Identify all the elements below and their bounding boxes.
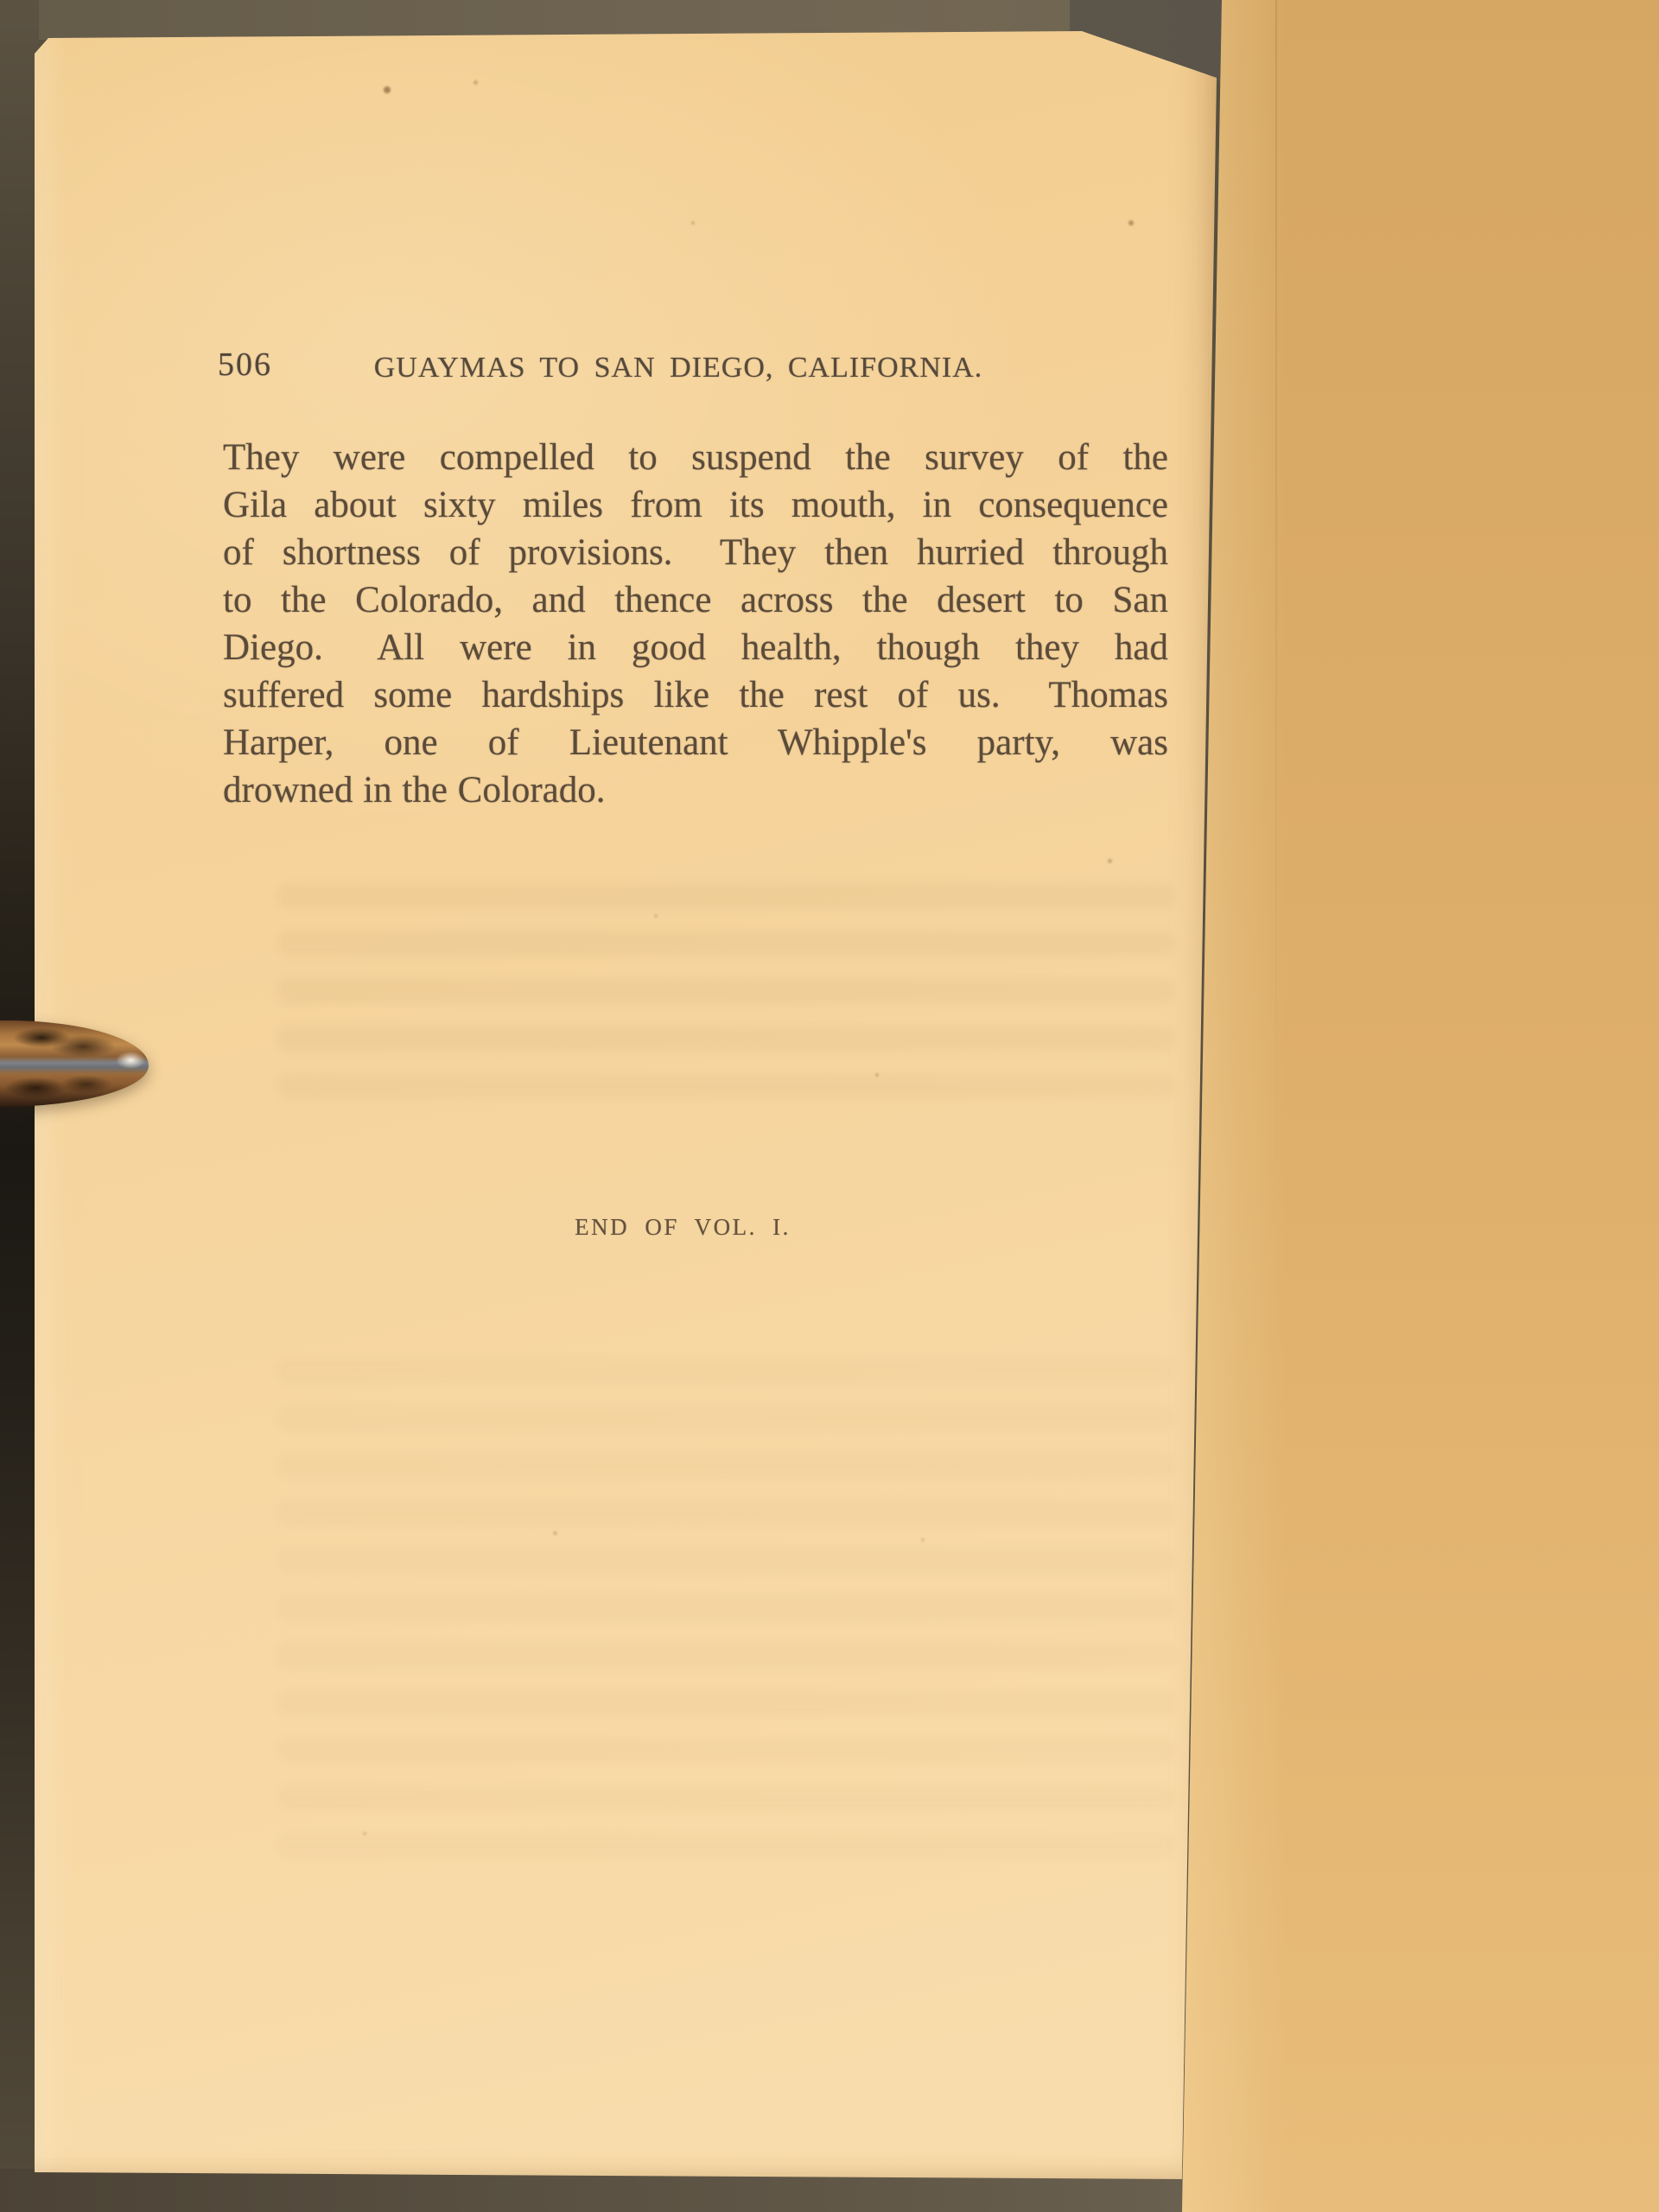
show-through-text-line [276, 1405, 1175, 1431]
foxing-spot [363, 1832, 366, 1835]
show-through-text-line [276, 978, 1175, 1004]
show-through-text-line [276, 1073, 1175, 1099]
body-line: Harper, one of Lieutenant Whipple's part… [223, 719, 1168, 766]
show-through-text-line [276, 1500, 1175, 1526]
show-through-text-line [276, 1690, 1175, 1716]
show-through-text-line [276, 1026, 1175, 1052]
foxing-spot [1128, 220, 1134, 226]
body-line: Diego. All were in good health, though t… [223, 624, 1168, 671]
show-through-text-line [276, 1357, 1175, 1383]
foxing-spot [921, 1538, 925, 1541]
body-text: They were compelled to suspend the surve… [223, 434, 1168, 814]
show-through-text-line [276, 1452, 1175, 1478]
fore-edge-page-stack [1182, 0, 1659, 2212]
show-through-text-line [276, 1833, 1175, 1859]
running-header: GUAYMAS TO SAN DIEGO, CALIFORNIA. [173, 349, 1184, 387]
body-line: drowned in the Colorado. [223, 766, 1168, 814]
show-through-text-line [276, 931, 1175, 957]
book-page: 506 GUAYMAS TO SAN DIEGO, CALIFORNIA. Th… [35, 0, 1217, 2181]
show-through-text-line [276, 1785, 1175, 1811]
show-through-text-line [276, 883, 1175, 909]
show-through-text-line [276, 1548, 1175, 1573]
foxing-spot [474, 80, 478, 85]
foxing-spot [384, 86, 391, 93]
body-line: of shortness of provisions. They then hu… [223, 529, 1168, 576]
show-through-text-line [276, 1643, 1175, 1669]
body-line: Gila about sixty miles from its mouth, i… [223, 481, 1168, 529]
foxing-spot [691, 221, 695, 225]
body-line: to the Colorado, and thence across the d… [223, 576, 1168, 624]
pen-tip-body [0, 1020, 149, 1107]
foxing-spot [654, 914, 658, 918]
volume-end-label: END OF VOL. I. [207, 1214, 1158, 1240]
foxing-spot [1108, 859, 1112, 863]
body-line: suffered some hardships like the rest of… [223, 671, 1168, 719]
show-through-text-line [276, 1595, 1175, 1621]
foxing-spot [875, 1073, 879, 1077]
pen-tip-object [0, 1020, 149, 1107]
book-photograph: 506 GUAYMAS TO SAN DIEGO, CALIFORNIA. Th… [0, 0, 1659, 2212]
foxing-spot [553, 1531, 557, 1535]
show-through-text-line [276, 1738, 1175, 1764]
body-line: They were compelled to suspend the surve… [223, 434, 1168, 481]
page-leaf-line [1275, 0, 1277, 1217]
